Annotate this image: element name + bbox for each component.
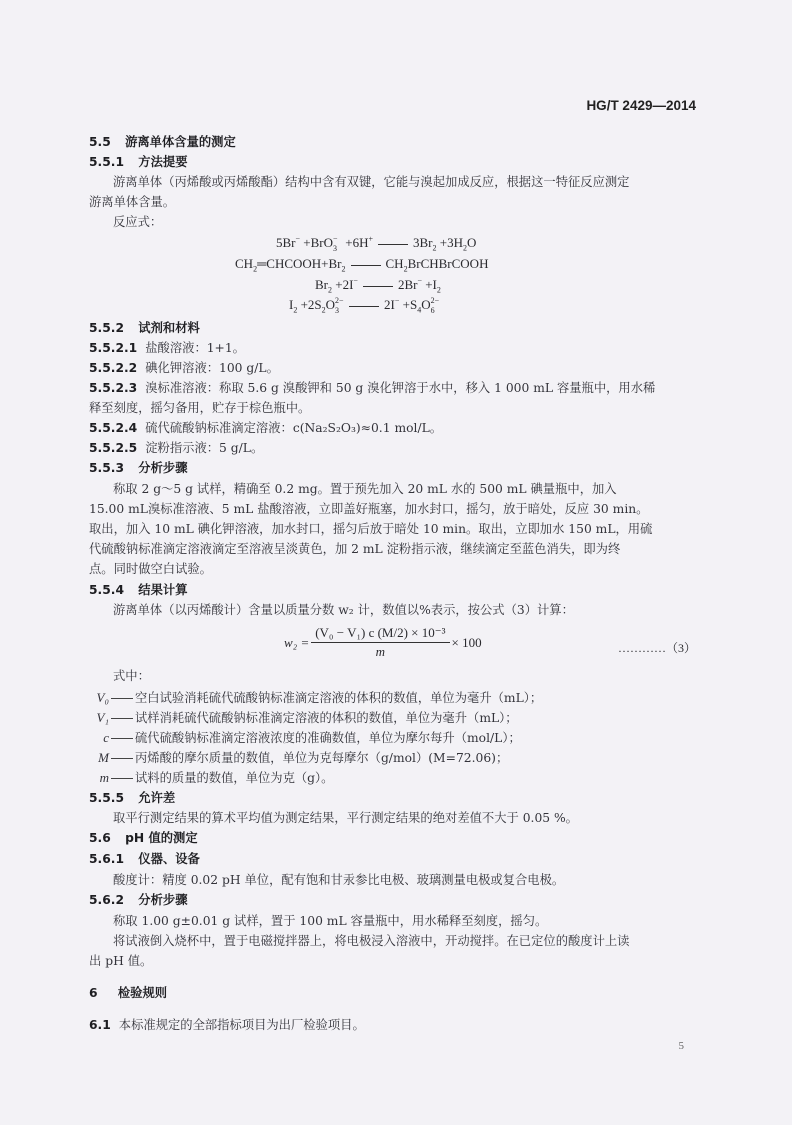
item-6-1: 6.1本标准规定的全部指标项目为出厂检验项目。 [89,1017,365,1033]
item-5-5-2-3-cont: 释至刻度，摇匀备用，贮存于棕色瓶中。 [89,400,310,416]
heading-6: 6 检验规则 [89,985,167,1001]
em-dash [111,738,133,739]
where-label: 式中： [113,668,150,684]
reaction-label: 反应式： [113,214,162,230]
reaction-equation-1: 5Br− +BrO−3 +6H+3Br2 +3H2O [276,235,476,251]
formula-lhs: w₂ = [284,635,309,651]
reaction-equation-3: Br2 +2I−2Br− +I2 [315,277,441,293]
paragraph-line: 取出，加入 10 mL 碘化钾溶液，加水封口，摇匀后放于暗处 10 min。取出… [89,521,652,537]
paragraph-line: 代硫酸钠标准滴定溶液滴定至溶液呈淡黄色，加 2 mL 淀粉指示液，继续滴定至蓝色… [89,541,620,557]
formula-numerator: (V₀ − V₁) c (M/2) × 10⁻³ [311,624,449,643]
em-dash [111,698,133,699]
paragraph-line: 取平行测定结果的算术平均值为测定结果，平行测定结果的绝对差值不大于 0.05 %… [113,810,578,826]
reaction-equation-4: I2 +2S2O2−32I− +S4O2−6 [289,297,440,313]
item-5-5-2-1: 5.5.2.1盐酸溶液：1+1。 [89,340,245,356]
paragraph-line: 出 pH 值。 [89,953,152,969]
formula-tail: × 100 [452,635,482,651]
paragraph-line: 游离单体（丙烯酸或丙烯酸酯）结构中含有双键，它能与溴起加成反应，根据这一特征反应… [113,174,629,190]
document-page: HG/T 2429—2014 5.5 游离单体含量的测定 5.5.1 方法提要 … [0,0,792,1125]
heading-5-5: 5.5 游离单体含量的测定 [89,134,236,150]
variable-definition: V₁试样消耗硫代硫酸钠标准滴定溶液的体积的数值，单位为毫升（mL）； [89,708,518,726]
heading-5-5-4: 5.5.4 结果计算 [89,582,188,598]
heading-5-5-5: 5.5.5 允许差 [89,790,175,806]
heading-5-6-1: 5.6.1 仪器、设备 [89,851,200,867]
paragraph-line: 游离单体含量。 [89,194,175,210]
formula-3: w₂ = (V₀ − V₁) c (M/2) × 10⁻³ m × 100 [284,624,482,661]
heading-5-5-2: 5.5.2 试剂和材料 [89,320,200,336]
item-5-5-2-3: 5.5.2.3溴标准溶液：称取 5.6 g 溴酸钾和 50 g 溴化钾溶于水中，… [89,380,655,396]
heading-5-5-3: 5.5.3 分析步骤 [89,460,188,476]
item-5-5-2-4: 5.5.2.4硫代硫酸钠标准滴定溶液：c(Na₂S₂O₃)≈0.1 mol/L。 [89,420,442,436]
standard-code: HG/T 2429—2014 [586,98,696,113]
page-number: 5 [679,1040,685,1052]
em-dash [111,718,133,719]
variable-definition: V₀空白试验消耗硫代硫酸钠标准滴定溶液的体积的数值，单位为毫升（mL）； [89,688,542,706]
heading-5-5-1: 5.5.1 方法提要 [89,154,188,170]
formula-denominator: m [376,643,385,661]
paragraph-line: 酸度计：精度 0.02 pH 单位，配有饱和甘汞参比电极、玻璃测量电极或复合电极… [113,872,564,888]
heading-5-6-2: 5.6.2 分析步骤 [89,892,188,908]
variable-definition: m试料的质量的数值，单位为克（g）。 [89,768,333,786]
formula-fraction: (V₀ − V₁) c (M/2) × 10⁻³ m [311,624,449,661]
paragraph-line: 15.00 mL溴标准溶液、5 mL 盐酸溶液，立即盖好瓶塞，加水封口，摇匀，放… [89,501,648,517]
paragraph-line: 将试液倒入烧杯中，置于电磁搅拌器上，将电极浸入溶液中，开动搅拌。在已定位的酸度计… [113,933,629,949]
em-dash [111,778,133,779]
heading-5-6: 5.6 pH 值的测定 [89,830,198,846]
paragraph-line: 点。同时做空白试验。 [89,561,212,577]
item-5-5-2-2: 5.5.2.2碘化钾溶液：100 g/L。 [89,360,279,376]
paragraph-line: 游离单体（以丙烯酸计）含量以质量分数 w₂ 计，数值以%表示，按公式（3）计算： [113,602,574,618]
variable-definition: c硫代硫酸钠标准滴定溶液浓度的准确数值，单位为摩尔每升（mol/L）； [89,728,521,746]
paragraph-line: 称取 2 g～5 g 试样，精确至 0.2 mg。置于预先加入 20 mL 水的… [113,481,617,497]
variable-definition: M丙烯酸的摩尔质量的数值，单位为克每摩尔（g/mol）(M=72.06)； [89,748,508,766]
paragraph-line: 称取 1.00 g±0.01 g 试样，置于 100 mL 容量瓶中，用水稀释至… [113,913,547,929]
reaction-equation-2: CH2═CHCOOH+Br2CH2BrCHBrCOOH [235,256,488,272]
equation-number: …………（3） [618,639,696,656]
em-dash [111,758,133,759]
item-5-5-2-5: 5.5.2.5淀粉指示液：5 g/L。 [89,440,263,456]
